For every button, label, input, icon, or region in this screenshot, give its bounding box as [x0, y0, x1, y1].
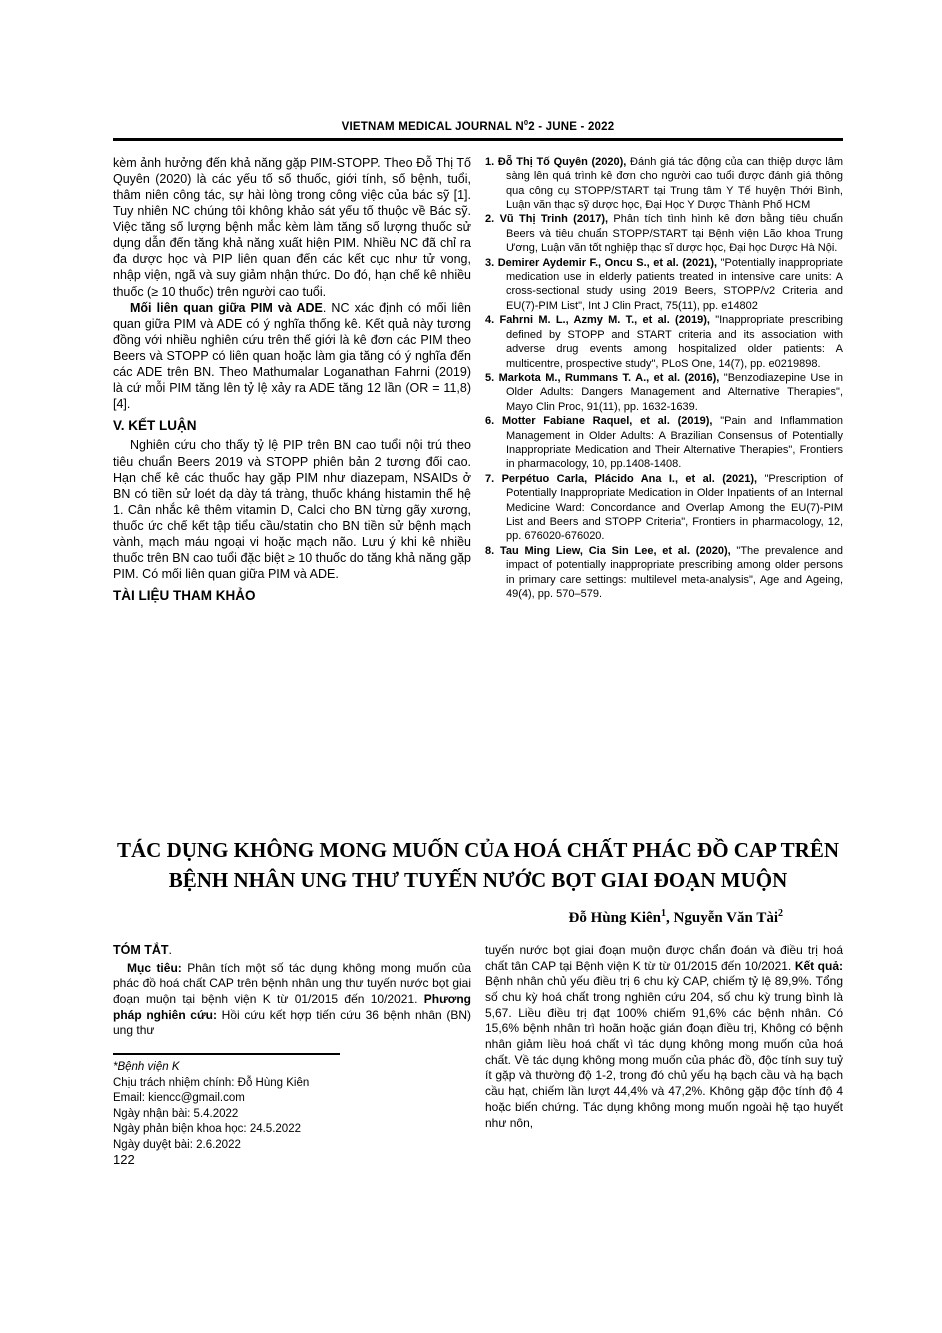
- reference-number: 5.: [485, 372, 494, 384]
- reference-item: 7. Perpétuo Carla, Plácido Ana I., et al…: [485, 472, 843, 544]
- journal-header-text: VIETNAM MEDICAL JOURNAL N: [342, 121, 524, 133]
- abstract-left-column: TÓM TẮT. Mục tiêu: Phân tích một số tác …: [113, 943, 471, 1153]
- reference-authors: Markota M., Rummans T. A., et al. (2016)…: [499, 372, 720, 384]
- reference-number: 4.: [485, 314, 494, 326]
- conclusion-heading: V. KẾT LUẬN: [113, 418, 471, 434]
- paragraph-body-text: . NC xác định có mối liên quan giữa PIM …: [113, 301, 471, 412]
- reference-number: 6.: [485, 415, 494, 427]
- reference-number: 8.: [485, 545, 494, 557]
- abstract-heading-dot: .: [169, 943, 172, 957]
- journal-header-suffix: 2 - JUNE - 2022: [528, 121, 614, 133]
- reference-item: 6. Motter Fabiane Raquel, et al. (2019),…: [485, 414, 843, 472]
- article-title-line-1: TÁC DỤNG KHÔNG MONG MUỐN CỦA HOÁ CHẤT PH…: [113, 835, 843, 865]
- abstract-two-column-section: TÓM TẮT. Mục tiêu: Phân tích một số tác …: [113, 943, 843, 1153]
- paragraph-lead-bold: Mối liên quan giữa PIM và ADE: [130, 301, 323, 315]
- reference-authors: Perpétuo Carla, Plácido Ana I., et al. (…: [502, 473, 757, 485]
- abstract-right-column: tuyến nước bọt giai đoạn muộn được chẩn …: [485, 943, 843, 1153]
- footnote-block: *Bệnh viện K Chịu trách nhiệm chính: Đỗ …: [113, 1053, 471, 1153]
- conclusion-paragraph: Nghiên cứu cho thấy tỷ lệ PIP trên BN ca…: [113, 437, 471, 582]
- journal-header: VIETNAM MEDICAL JOURNAL N02 - JUNE - 202…: [113, 118, 843, 141]
- reference-number: 7.: [485, 473, 494, 485]
- references-column: 1. Đỗ Thị Tố Quyên (2020), Đánh giá tác …: [485, 155, 843, 602]
- abstract-heading: TÓM TẮT.: [113, 943, 471, 959]
- footnote-line-email: Email: kiencc@gmail.com: [113, 1091, 471, 1107]
- reference-authors: Đỗ Thị Tố Quyên (2020),: [498, 156, 626, 168]
- authors-separator: ,: [666, 910, 674, 926]
- reference-item: 2. Vũ Thị Trinh (2017), Phân tích tình h…: [485, 212, 843, 255]
- reference-authors: Demirer Aydemir F., Oncu S., et al. (202…: [498, 257, 717, 269]
- footnote-line-review-date: Ngày phản biện khoa học: 24.5.2022: [113, 1122, 471, 1138]
- footnote-line-accepted-date: Ngày duyệt bài: 2.6.2022: [113, 1138, 471, 1154]
- results-label: Kết quả:: [795, 959, 843, 973]
- reference-item: 1. Đỗ Thị Tố Quyên (2020), Đánh giá tác …: [485, 155, 843, 213]
- left-text-column: kèm ảnh hưởng đến khả năng gặp PIM-STOPP…: [113, 155, 471, 608]
- page-content: VIETNAM MEDICAL JOURNAL N02 - JUNE - 202…: [113, 118, 843, 1153]
- abstract-results-paragraph: tuyến nước bọt giai đoạn muộn được chẩn …: [485, 943, 843, 1131]
- results-text: Bệnh nhân chủ yếu điều trị 6 chu kỳ CAP,…: [485, 974, 843, 1129]
- reference-number: 1.: [485, 156, 494, 168]
- journal-page: VIETNAM MEDICAL JOURNAL N02 - JUNE - 202…: [0, 0, 942, 1333]
- reference-authors: Tau Ming Liew, Cia Sin Lee, et al. (2020…: [500, 545, 731, 557]
- abstract-heading-text: TÓM TẮT: [113, 943, 169, 957]
- reference-item: 4. Fahrni M. L., Azmy M. T., et al. (201…: [485, 313, 843, 371]
- reference-item: 5. Markota M., Rummans T. A., et al. (20…: [485, 371, 843, 414]
- page-number: 122: [113, 1152, 135, 1167]
- article-title: TÁC DỤNG KHÔNG MONG MUỐN CỦA HOÁ CHẤT PH…: [113, 835, 843, 895]
- abstract-continuation-text: tuyến nước bọt giai đoạn muộn được chẩn …: [485, 943, 843, 973]
- article-authors: Đỗ Hùng Kiên1, Nguyễn Văn Tài2: [113, 908, 843, 927]
- article-title-line-2: BỆNH NHÂN UNG THƯ TUYẾN NƯỚC BỌT GIAI ĐO…: [113, 865, 843, 895]
- footnote-divider: [113, 1053, 340, 1055]
- reference-number: 2.: [485, 213, 494, 225]
- reference-authors: Fahrni M. L., Azmy M. T., et al. (2019),: [499, 314, 709, 326]
- footnote-line-corresponding-author: Chịu trách nhiệm chính: Đỗ Hùng Kiên: [113, 1076, 471, 1092]
- reference-authors: Vũ Thị Trinh (2017),: [500, 213, 608, 225]
- footnote-affiliation: *Bệnh viện K: [113, 1060, 471, 1076]
- reference-item: 3. Demirer Aydemir F., Oncu S., et al. (…: [485, 256, 843, 314]
- author-name: Nguyễn Văn Tài: [674, 910, 778, 926]
- reference-number: 3.: [485, 257, 494, 269]
- body-paragraph-continuation: kèm ảnh hưởng đến khả năng gặp PIM-STOPP…: [113, 155, 471, 300]
- reference-item: 8. Tau Ming Liew, Cia Sin Lee, et al. (2…: [485, 544, 843, 602]
- footnote-line-received-date: Ngày nhận bài: 5.4.2022: [113, 1107, 471, 1123]
- references-heading: TÀI LIỆU THAM KHẢO: [113, 588, 471, 604]
- body-paragraph-pim-ade: Mối liên quan giữa PIM và ADE. NC xác đị…: [113, 300, 471, 413]
- top-two-column-section: kèm ảnh hưởng đến khả năng gặp PIM-STOPP…: [113, 155, 843, 805]
- reference-authors: Motter Fabiane Raquel, et al. (2019),: [502, 415, 713, 427]
- abstract-objective-methods-paragraph: Mục tiêu: Phân tích một số tác dụng khôn…: [113, 961, 471, 1040]
- author-affiliation-superscript: 2: [778, 908, 783, 919]
- author-name: Đỗ Hùng Kiên: [568, 910, 661, 926]
- objective-label: Mục tiêu:: [127, 961, 182, 975]
